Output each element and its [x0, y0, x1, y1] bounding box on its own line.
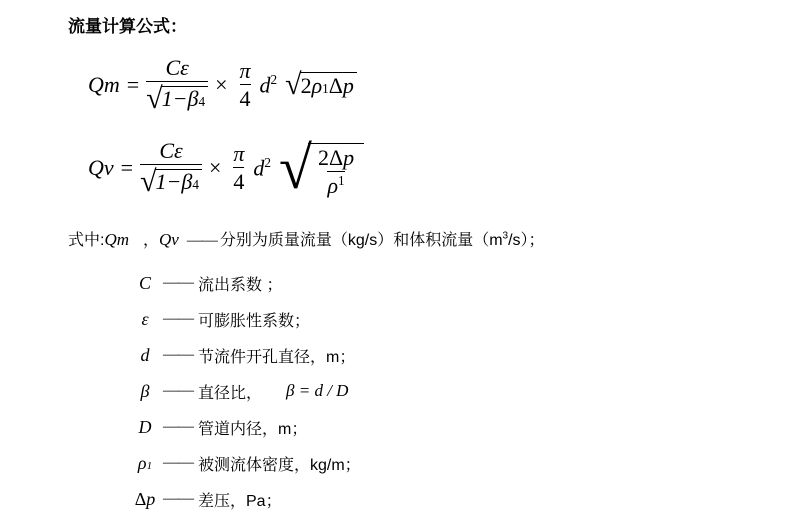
em-dash: —— — [163, 274, 193, 292]
beta-equation: β = d / D — [286, 381, 348, 401]
sqrt-small: √ 1−β4 — [140, 167, 202, 197]
math-lhs-qv: Qv — [88, 155, 114, 181]
rho-subscript: 1 — [322, 81, 329, 97]
legend-row-D: D —— 管道内径，m； — [130, 409, 361, 445]
d-exponent: 2 — [271, 72, 278, 87]
rho-symbol: ρ1 — [130, 453, 160, 474]
d-symbol: d — [260, 72, 271, 97]
two-digit: 2 — [318, 146, 329, 170]
formula-qm: Qm = Cε √ 1−β4 × π 4 d2 √ 2ρ1Δp — [88, 56, 357, 114]
four-digit: 4 — [240, 84, 251, 111]
fraction-numerator: Cε — [160, 56, 193, 81]
rho-subscript: 1 — [147, 460, 153, 472]
fraction-2dp-over-rho1: 2Δp ρ1 — [313, 146, 359, 198]
legend-row-rho: ρ1 —— 被测流体密度，kg/m； — [130, 445, 361, 481]
math-lhs-qm: Qm — [88, 72, 120, 98]
fraction-denominator: √ 1−β4 — [140, 164, 202, 197]
legend-intro-text-end: /s）； — [508, 232, 544, 249]
delta-symbol: Δ — [329, 73, 343, 99]
qm-symbol: Qm — [104, 230, 129, 249]
d-symbol: d — [253, 155, 264, 180]
c-symbol: C — [130, 273, 160, 294]
epsilon-symbol: ε — [130, 309, 160, 330]
p-symbol: p — [343, 73, 354, 99]
legend-row-deltap: Δp —— 差压，Pa； — [130, 481, 361, 517]
legend-list: C —— 流出系数 ； ε —— 可膨胀性系数； d —— 节流件开孔直径，m；… — [130, 265, 361, 517]
beta-symbol: β — [130, 381, 160, 402]
two-digit: 2 — [301, 73, 312, 99]
radicand: 1−β4 — [155, 169, 202, 194]
pi-symbol: π — [228, 142, 249, 167]
radicand-exponent: 4 — [198, 95, 205, 110]
times-sign: × — [215, 72, 227, 98]
fraction-numerator: Cε — [154, 139, 187, 164]
em-dash: —— — [163, 454, 193, 472]
d-squared: d2 — [260, 72, 278, 98]
radicand: 2Δp ρ1 — [308, 143, 364, 198]
equals-sign: = — [121, 155, 133, 181]
radicand-base: 1−β — [156, 170, 193, 194]
pi-symbol: π — [235, 59, 256, 84]
d-squared: d2 — [253, 155, 271, 181]
legend-row-c: C —— 流出系数 ； — [130, 265, 361, 301]
radicand: 1−β4 — [161, 86, 208, 111]
legend-desc: 管道内径，m； — [198, 416, 307, 439]
D-symbol: D — [130, 417, 160, 438]
legend-intro-text: 分别为质量流量（kg/s）和体积流量（m — [220, 232, 503, 249]
fraction-numerator: 2Δp — [313, 146, 359, 171]
equals-sign: = — [127, 72, 139, 98]
em-dash: —— — [187, 232, 217, 249]
legend-desc: 节流件开孔直径，m； — [198, 344, 355, 367]
d-symbol: d — [130, 345, 160, 366]
rho-symbol: ρ — [312, 73, 323, 99]
fraction-pi-over-4: π 4 — [235, 59, 256, 111]
fraction-ce-over-sqrt: Cε √ 1−β4 — [140, 139, 202, 197]
rho-symbol: ρ — [327, 174, 338, 198]
em-dash: —— — [163, 418, 193, 436]
p-symbol: p — [343, 146, 354, 170]
delta-symbol: Δ — [135, 489, 147, 510]
delta-p-symbol: Δp — [130, 489, 160, 510]
sqrt-small: √ 1−β4 — [146, 84, 208, 114]
em-dash: —— — [163, 382, 193, 400]
radicand-exponent: 4 — [192, 178, 199, 193]
legend-row-d: d —— 节流件开孔直径，m； — [130, 337, 361, 373]
formula-qv: Qv = Cε √ 1−β4 × π 4 d2 √ 2Δp ρ1 — [88, 138, 364, 198]
d-exponent: 2 — [264, 155, 271, 170]
em-dash: —— — [163, 490, 193, 508]
em-dash: —— — [163, 310, 193, 328]
fraction-denominator: √ 1−β4 — [146, 81, 208, 114]
legend-row-beta: β —— 直径比， β = d / D — [130, 373, 361, 409]
document-canvas: 流量计算公式： Qm = Cε √ 1−β4 × π 4 d2 √ 2ρ1Δp … — [0, 0, 790, 532]
fraction-pi-over-4: π 4 — [228, 142, 249, 194]
legend-desc: 差压，Pa； — [198, 488, 282, 511]
sqrt-2rho1dp: √ 2ρ1Δp — [285, 70, 357, 100]
four-digit: 4 — [233, 167, 244, 194]
sqrt-fraction: √ 2Δp ρ1 — [279, 138, 364, 198]
radicand: 2ρ1Δp — [300, 72, 357, 99]
legend-intro: 式中:Qm，Qv——分别为质量流量（kg/s）和体积流量（m3/s）； — [68, 227, 545, 250]
p-symbol: p — [146, 489, 155, 510]
page-title: 流量计算公式： — [68, 12, 187, 37]
legend-desc: 流出系数 ； — [198, 272, 282, 295]
em-dash: —— — [163, 346, 193, 364]
fraction-denominator: ρ1 — [327, 171, 344, 198]
legend-intro-prefix: 式中: — [68, 232, 104, 249]
rho-base: ρ — [138, 453, 147, 474]
legend-desc: 可膨胀性系数； — [198, 308, 310, 331]
legend-desc: 被测流体密度，kg/m； — [198, 452, 361, 475]
delta-symbol: Δ — [329, 146, 343, 170]
fraction-ce-over-sqrt: Cε √ 1−β4 — [146, 56, 208, 114]
qv-symbol: Qv — [159, 230, 179, 249]
comma: ， — [143, 232, 159, 249]
times-sign: × — [209, 155, 221, 181]
legend-desc: 直径比， — [198, 380, 262, 403]
radicand-base: 1−β — [162, 87, 199, 111]
legend-row-epsilon: ε —— 可膨胀性系数； — [130, 301, 361, 337]
rho-subscript: 1 — [338, 174, 345, 198]
